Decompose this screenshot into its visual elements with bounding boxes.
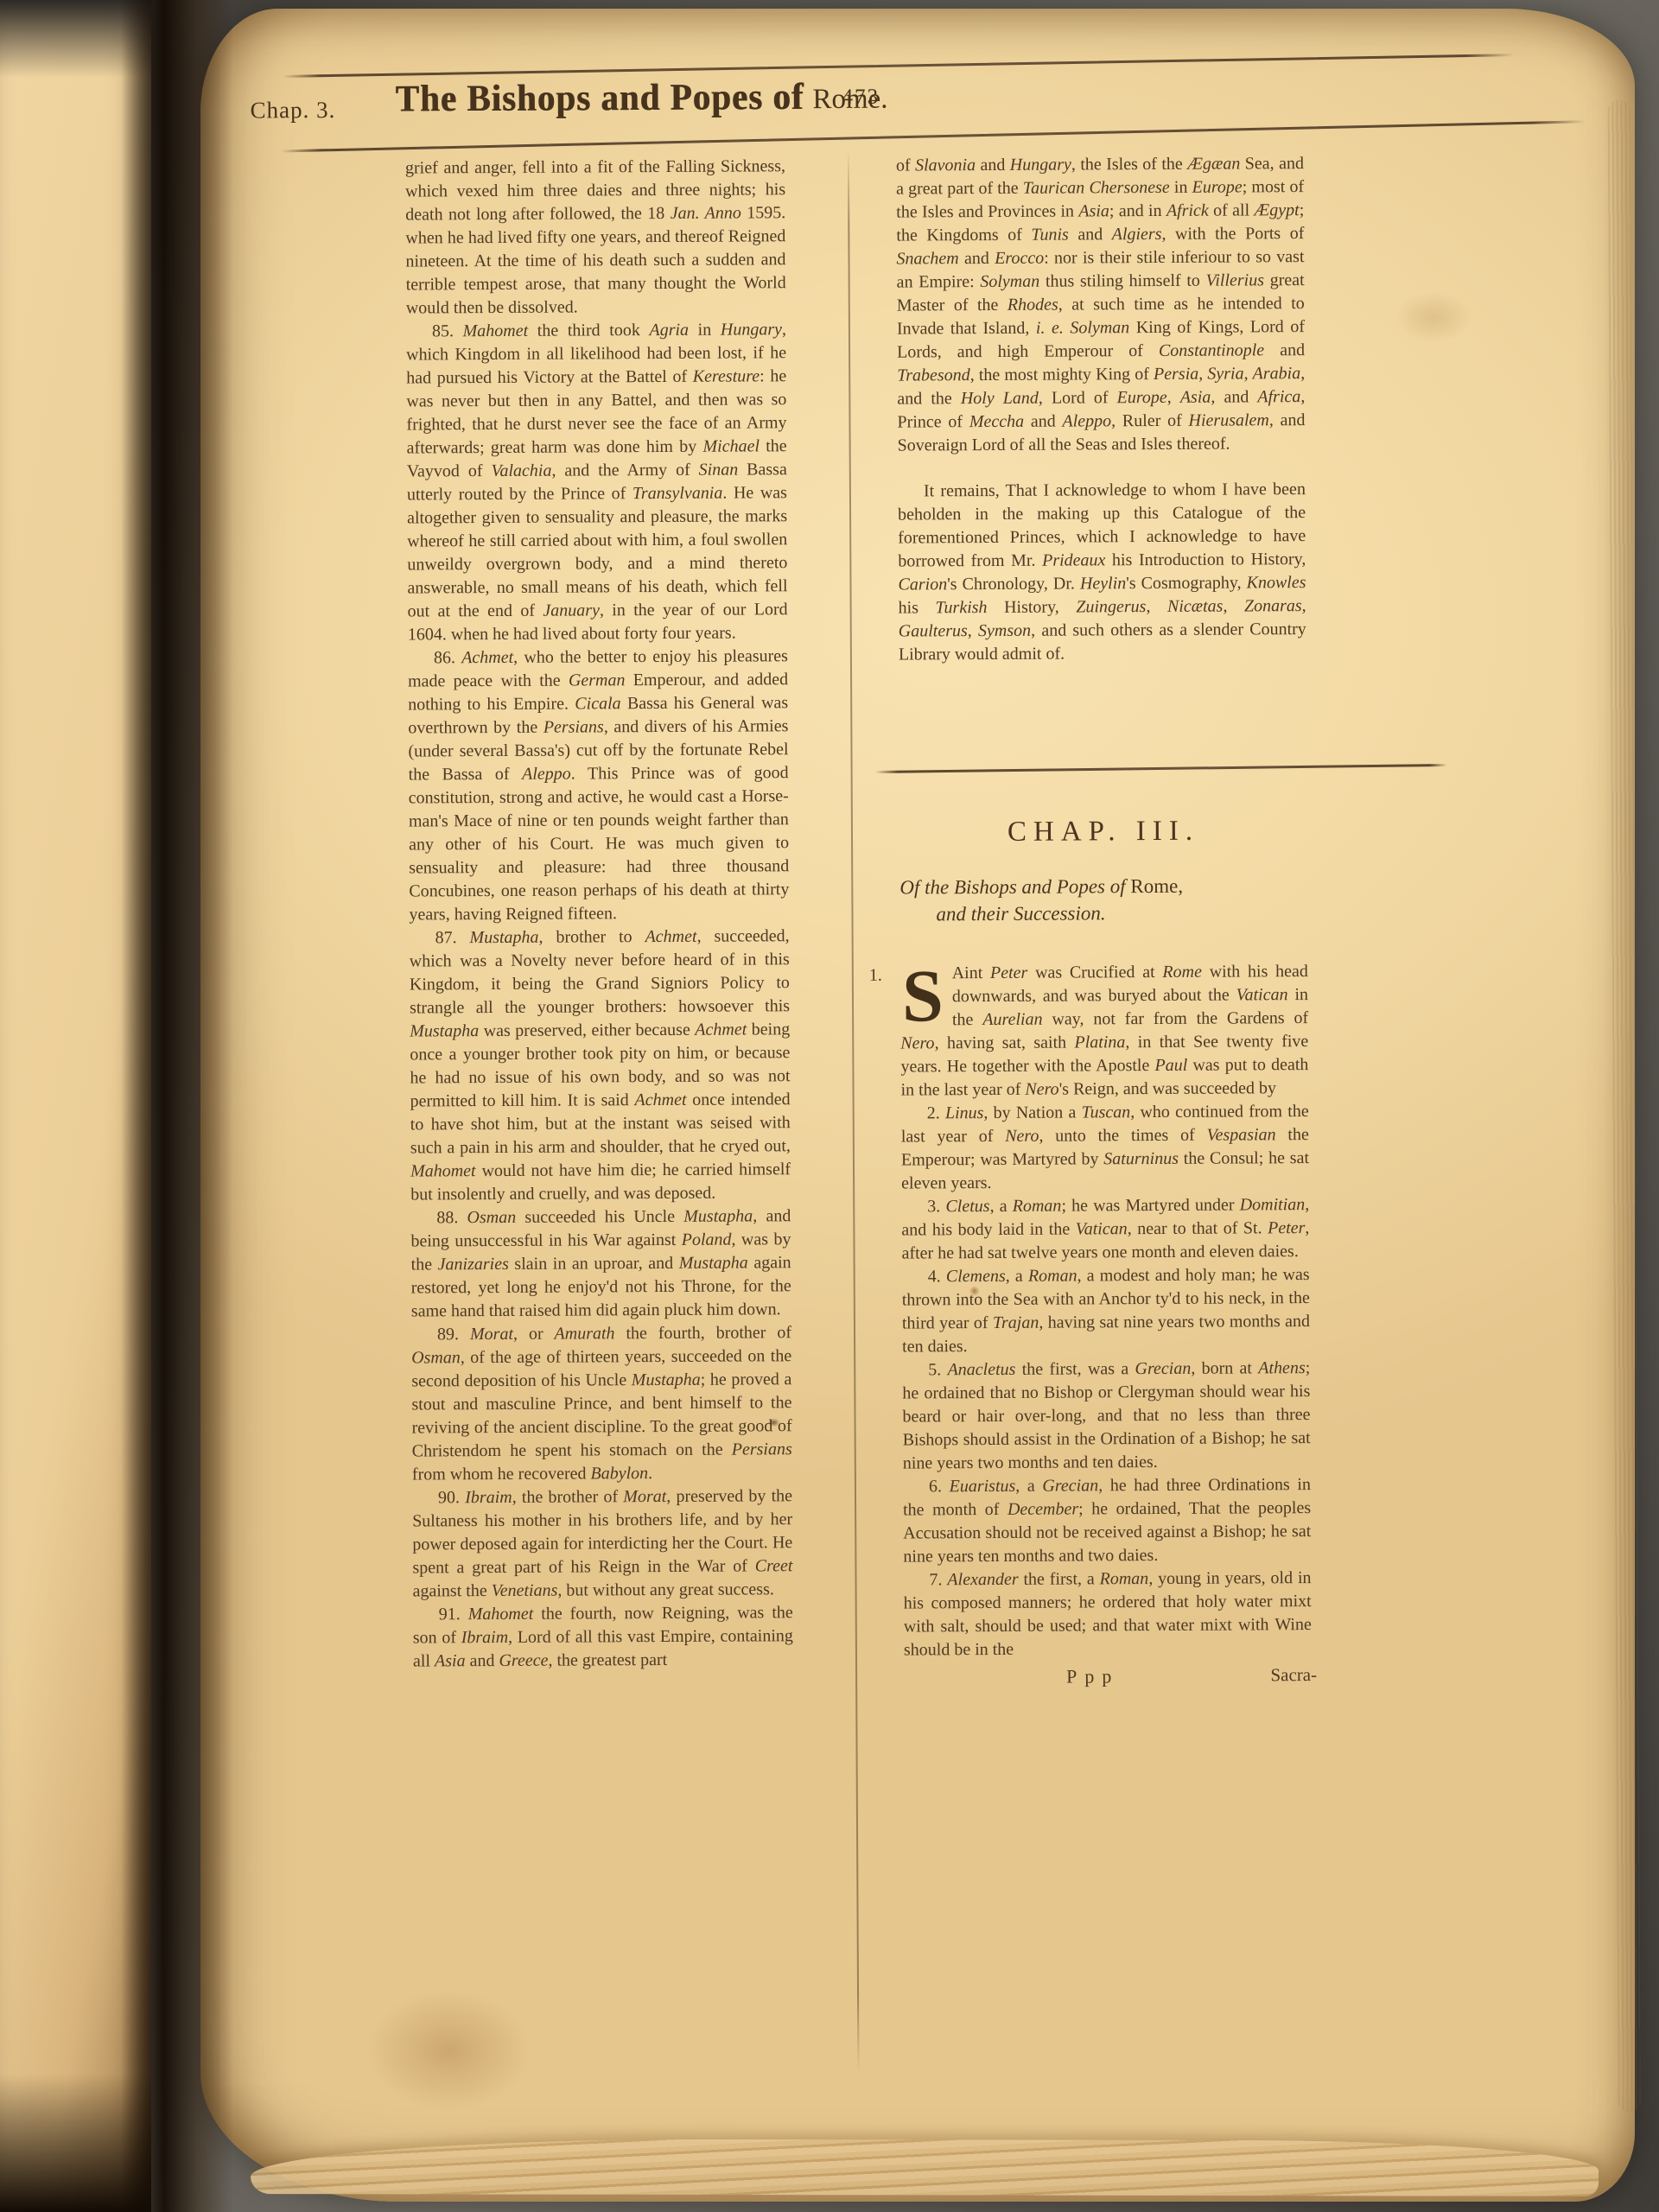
paragraph: 88. Osman succeeded his Uncle Mustapha, …	[410, 1205, 791, 1323]
italic-text: Janizaries	[438, 1255, 509, 1274]
italic-text: Mahomet	[463, 321, 529, 340]
italic-text: Persians	[543, 717, 604, 736]
body-text: was Crucified at	[1027, 963, 1162, 982]
italic-text: Ibraim	[461, 1628, 509, 1647]
italic-text: Taurican Chersonese	[1023, 178, 1170, 198]
paragraph: Of the Bishops and Popes of Rome,	[899, 872, 1307, 900]
italic-text: Snachem	[896, 249, 958, 268]
italic-text: Mahomet	[410, 1161, 476, 1180]
body-text: 6.	[929, 1477, 950, 1496]
italic-text: Linus	[945, 1103, 984, 1122]
italic-text: Venetians	[492, 1581, 558, 1600]
paragraph: 3. Cletus, a Roman; he was Martyred unde…	[901, 1193, 1309, 1265]
body-text: . This Prince was of good constitution, …	[409, 763, 790, 924]
italic-text: Greece	[499, 1651, 548, 1670]
body-text: his Introduction to History,	[1105, 550, 1306, 569]
italic-text: Algiers	[1112, 225, 1162, 244]
italic-text: Mustapha	[632, 1370, 701, 1389]
body-text: , by Nation a	[983, 1103, 1081, 1122]
italic-text: Zonaras	[1244, 596, 1302, 615]
body-text: 3.	[927, 1197, 945, 1216]
body-text: Of the Bishops and Popes of	[899, 875, 1130, 898]
italic-text: German	[569, 671, 626, 690]
italic-text: Amurath	[554, 1324, 614, 1343]
body-text: and	[1264, 340, 1305, 359]
body-text: 87.	[435, 928, 470, 947]
body-text: in	[1170, 178, 1192, 197]
italic-text: i. e. Solyman	[1036, 318, 1130, 338]
drop-cap: S	[900, 962, 952, 1024]
italic-text: Michael	[702, 436, 760, 455]
body-text: 's Reign, and was succeeded by	[1059, 1078, 1276, 1098]
italic-text: Vespasian	[1207, 1125, 1276, 1144]
paragraph: grief and anger, fell into a fit of the …	[405, 155, 786, 320]
body-text: 86.	[434, 648, 461, 667]
body-text: 91.	[439, 1605, 468, 1624]
signature-mark: Ppp	[1066, 1664, 1119, 1688]
paragraph: 90. Ibraim, the brother of Morat, preser…	[412, 1484, 793, 1603]
italic-text: Mustapha	[410, 1021, 479, 1040]
body-text: 2.	[927, 1103, 945, 1122]
italic-text: Peter	[1268, 1218, 1305, 1237]
italic-text: Platina	[1074, 1033, 1125, 1052]
italic-text: Euaristus	[950, 1477, 1016, 1496]
italic-text: Ægæan	[1187, 154, 1240, 173]
body-text: ,	[1146, 597, 1167, 616]
italic-text: Persia	[1154, 365, 1198, 384]
italic-text: Morat	[470, 1325, 513, 1344]
italic-text: Knowles	[1247, 573, 1306, 592]
right-column-intro: of Slavonia and Hungary, the Isles of th…	[896, 152, 1306, 666]
facing-page-edge: to his securityHe belonged to thewith le…	[0, 0, 151, 2212]
italic-text: Vatican	[1236, 985, 1288, 1004]
italic-text: Achmet	[634, 1090, 686, 1109]
body-text: 7.	[929, 1570, 947, 1589]
body-text: , brother to	[538, 927, 645, 947]
paper-discoloration	[1395, 291, 1472, 343]
catchword: Sacra-	[1270, 1663, 1317, 1687]
italic-text: Clemens	[946, 1267, 1006, 1286]
italic-text: Mustapha	[683, 1206, 753, 1225]
body-text: , and the Army of	[551, 461, 698, 480]
italic-text: Paul	[1154, 1056, 1187, 1075]
body-text: the first, was a	[1015, 1359, 1135, 1379]
italic-text: Nicætas	[1167, 597, 1224, 616]
italic-text: Roman	[1100, 1569, 1149, 1588]
italic-text: Rome	[1162, 963, 1202, 982]
body-text: 5.	[928, 1360, 947, 1379]
italic-text: Domitian	[1240, 1195, 1306, 1214]
italic-text: Osman	[467, 1208, 516, 1227]
body-text: , a	[989, 1197, 1012, 1216]
body-text: ,	[1198, 365, 1207, 384]
italic-text: Prideaux	[1042, 550, 1105, 569]
pope-sections: 1.SAint Peter was Crucified at Rome with…	[900, 960, 1312, 1662]
body-text: , but without any great success.	[557, 1580, 774, 1599]
page-footer: Ppp Sacra-	[904, 1663, 1312, 1694]
body-text: , Ruler of	[1111, 411, 1188, 430]
body-text: Aint	[952, 963, 990, 982]
body-text: , the greatest part	[548, 1650, 667, 1670]
italic-text: December	[1007, 1499, 1078, 1518]
italic-text: Nero	[1025, 1080, 1058, 1099]
italic-text: Babylon	[590, 1464, 648, 1483]
italic-text: Rhodes	[1007, 296, 1058, 315]
italic-text: Alexander	[947, 1570, 1018, 1589]
body-text: against the	[413, 1581, 492, 1600]
italic-text: Grecian	[1135, 1359, 1191, 1378]
italic-text: Athens	[1258, 1358, 1306, 1377]
italic-text: Achmet	[645, 927, 696, 946]
italic-text: Erocco	[995, 249, 1044, 268]
body-text: 4.	[928, 1267, 946, 1286]
page-content: Chap. 3. The Bishops and Popes ofRome. 4…	[200, 5, 1646, 2206]
italic-text: Tunis	[1031, 226, 1068, 245]
italic-text: Persians	[732, 1440, 792, 1459]
italic-text: Achmet	[461, 648, 513, 667]
chapter-label: Chap. 3.	[251, 97, 336, 124]
italic-text: Carion	[898, 575, 947, 594]
body-text: and their Succession.	[936, 902, 1105, 925]
column-divider-rule	[848, 149, 860, 2072]
italic-text: Africa	[1257, 387, 1300, 406]
italic-text: Aurelian	[982, 1010, 1042, 1029]
body-text: 's Cosmography,	[1126, 573, 1246, 593]
italic-text: Poland	[682, 1230, 732, 1249]
body-text: his	[899, 598, 936, 617]
body-text: in	[689, 321, 721, 340]
italic-text: Hierusalem	[1188, 410, 1268, 429]
italic-text: Solyman	[980, 272, 1039, 291]
italic-text: Villerius	[1206, 270, 1265, 289]
body-text: , having sat, saith	[934, 1033, 1074, 1053]
italic-text: Europe	[1117, 388, 1167, 407]
body-text: the third took	[528, 321, 649, 340]
body-text: , a	[1006, 1267, 1028, 1286]
body-text: , and	[1211, 387, 1257, 406]
body-text: , the brother of	[512, 1487, 624, 1507]
italic-text: Mustapha	[679, 1253, 748, 1272]
body-text: , Lord of	[1039, 388, 1117, 407]
header-rule-top	[283, 54, 1514, 78]
italic-text: Keresture	[693, 366, 760, 385]
italic-text: Vatican	[1076, 1219, 1128, 1238]
body-text: ; he was Martyred under	[1061, 1196, 1239, 1216]
body-text: the first, a	[1019, 1569, 1100, 1588]
italic-text: Transylvania	[632, 484, 723, 504]
italic-text: Cletus	[945, 1197, 989, 1216]
facing-page-text: to his securityHe belonged to thewith le…	[0, 0, 151, 1716]
italic-text: Mahomet	[468, 1605, 534, 1624]
italic-text: Zuingerus	[1076, 597, 1146, 616]
italic-text: Mustapha	[469, 928, 538, 947]
body-text: of	[896, 156, 915, 175]
italic-text: Symson	[978, 621, 1031, 640]
italic-text: Heylin	[1080, 574, 1126, 593]
running-title-blackletter: The Bishops and Popes of	[395, 74, 804, 120]
italic-text: Trabesond	[897, 365, 970, 385]
italic-text: Cicala	[575, 694, 620, 713]
body-text: , the most mighty King of	[970, 365, 1154, 385]
paragraph: 1.SAint Peter was Crucified at Rome with…	[900, 960, 1309, 1102]
italic-text: Hungary	[1010, 156, 1071, 175]
section-number: 1.	[869, 964, 882, 988]
italic-text: Africk	[1166, 201, 1209, 220]
italic-text: Ægypt	[1254, 200, 1299, 219]
page-stack-bottom-edge	[251, 2139, 1599, 2196]
italic-text: Achmet	[695, 1020, 747, 1039]
body-text: ,	[1223, 596, 1244, 615]
body-text: and	[1024, 412, 1063, 431]
header-rule-bottom	[281, 120, 1586, 152]
italic-text: Asia	[1078, 201, 1109, 220]
paragraph: 86. Achmet, who the better to enjoy his …	[408, 645, 790, 926]
body-text: 89.	[437, 1325, 470, 1344]
italic-text: Asia	[435, 1651, 466, 1670]
paragraph: 85. Mahomet the third took Agria in Hung…	[406, 318, 788, 646]
paragraph: 91. Mahomet the fourth, now Reigning, wa…	[413, 1601, 793, 1673]
italic-text: January	[543, 601, 600, 620]
chapter-divider-rule	[875, 764, 1447, 773]
body-text: ,	[1167, 388, 1180, 407]
body-text: , near to that of St.	[1128, 1218, 1268, 1238]
body-text: , the Isles of the	[1071, 155, 1187, 175]
body-text: and	[466, 1651, 499, 1670]
italic-text: Agria	[649, 321, 689, 340]
paragraph: and their Succession.	[899, 899, 1307, 927]
italic-text: Nero	[900, 1033, 934, 1052]
body-text: , with the Ports of	[1161, 224, 1304, 244]
italic-text: Turkish	[935, 598, 987, 617]
paragraph: 5. Anacletus the first, was a Grecian, b…	[902, 1357, 1311, 1475]
paragraph: 87. Mustapha, brother to Achmet, succeed…	[410, 925, 791, 1206]
chapter-subheading: Of the Bishops and Popes of Rome,and the…	[899, 872, 1307, 927]
body-text: ,	[1243, 364, 1252, 383]
body-text: 's Chronology, Dr.	[947, 574, 1080, 594]
body-text: slain in an uproar, and	[509, 1254, 679, 1274]
body-text: and	[1069, 225, 1112, 244]
body-text: ,	[968, 621, 978, 640]
italic-text: Aleppo	[1062, 411, 1111, 430]
paragraph: of Slavonia and Hungary, the Isles of th…	[896, 152, 1306, 457]
body-text: thus stiling himself to	[1039, 271, 1205, 291]
body-text: way, not far from the Gardens of	[1042, 1008, 1308, 1029]
italic-text: Peter	[990, 963, 1027, 982]
body-text: ; and in	[1109, 201, 1166, 220]
body-text: and	[959, 249, 995, 268]
italic-text: Aleppo	[522, 765, 571, 784]
italic-text: Holy Land	[961, 389, 1039, 408]
paragraph: 89. Morat, or Amurath the fourth, brothe…	[411, 1321, 792, 1486]
italic-text: Nero	[1005, 1127, 1039, 1146]
italic-text: Tuscan	[1081, 1103, 1130, 1122]
body-text: was preserved, either because	[479, 1020, 695, 1040]
body-text: and	[976, 156, 1010, 175]
body-text: ,	[1302, 596, 1306, 615]
italic-text: Asia	[1180, 388, 1211, 407]
left-column: grief and anger, fell into a fit of the …	[405, 155, 793, 1673]
body-text: .	[648, 1464, 652, 1483]
italic-text: Anacletus	[947, 1360, 1015, 1379]
paragraph: 4. Clemens, a Roman, a modest and holy m…	[902, 1263, 1311, 1358]
body-text: the fourth, brother of	[614, 1323, 791, 1343]
body-text: succeeded his Uncle	[516, 1207, 683, 1227]
body-text: 90.	[438, 1488, 465, 1507]
body-text: History,	[987, 597, 1076, 617]
italic-text: Europe	[1192, 177, 1243, 196]
body-text: , or	[513, 1325, 555, 1344]
italic-text: Grecian	[1042, 1476, 1098, 1495]
page-stack-fore-edge	[1608, 100, 1641, 2112]
italic-text: Morat	[623, 1487, 666, 1506]
body-text: of all	[1209, 200, 1255, 219]
paragraph: 2. Linus, by Nation a Tuscan, who contin…	[901, 1100, 1310, 1195]
italic-text: Osman	[411, 1348, 461, 1367]
book-page: Chap. 3. The Bishops and Popes ofRome. 4…	[200, 9, 1635, 2202]
italic-text: Slavonia	[915, 156, 976, 175]
italic-text: Valachia	[491, 461, 551, 480]
italic-text: Syria	[1207, 364, 1243, 383]
body-text: 85.	[432, 321, 463, 340]
italic-text: Constantinople	[1159, 340, 1264, 360]
body-text: from whom he recovered	[412, 1464, 591, 1484]
italic-text: Roman	[1028, 1266, 1077, 1285]
italic-text: Ibraim	[465, 1488, 512, 1507]
right-column: of Slavonia and Hungary, the Isles of th…	[896, 152, 1312, 1694]
italic-text: Rome,	[1130, 875, 1183, 897]
corner-stain	[366, 1990, 531, 2112]
italic-text: Meccha	[969, 412, 1024, 431]
italic-text: Hungary	[721, 320, 782, 339]
italic-text: Jan. Anno	[671, 204, 741, 223]
body-text: 88.	[436, 1208, 467, 1227]
italic-text: Trajan	[993, 1313, 1039, 1332]
body-text: , born at	[1191, 1358, 1258, 1377]
italic-text: Sinan	[699, 461, 739, 480]
italic-text: Creet	[755, 1556, 793, 1575]
paragraph: 7. Alexander the first, a Roman, young i…	[903, 1567, 1312, 1662]
italic-text: Saturninus	[1103, 1149, 1179, 1168]
page-number: 473	[842, 86, 880, 110]
paragraph: 6. Euaristus, a Grecian, he had three Or…	[903, 1473, 1312, 1568]
italic-text: Arabia	[1253, 364, 1301, 383]
body-text: , a	[1015, 1477, 1042, 1496]
body-text: , unto the times of	[1039, 1126, 1206, 1146]
chapter-heading: CHAP. III.	[899, 819, 1307, 844]
italic-text: Gaulterus	[899, 621, 968, 640]
paragraph: It remains, That I acknowledge to whom I…	[898, 478, 1306, 666]
italic-text: Roman	[1013, 1197, 1062, 1216]
running-title: The Bishops and Popes ofRome.	[395, 75, 844, 119]
